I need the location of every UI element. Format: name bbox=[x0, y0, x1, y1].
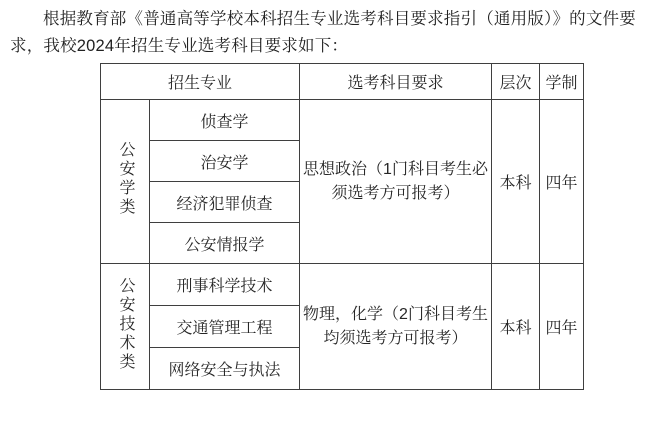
requirement-cell: 思想政治（1门科目考生必须选考方可报考） bbox=[300, 100, 492, 264]
header-duration: 学制 bbox=[540, 64, 584, 100]
table-header-row: 招生专业 选考科目要求 层次 学制 bbox=[101, 64, 584, 100]
category-cell: 公安技术类 bbox=[101, 264, 150, 390]
category-cell: 公安学类 bbox=[101, 100, 150, 264]
category-label: 公安技术类 bbox=[117, 277, 133, 372]
major-cell: 公安情报学 bbox=[150, 223, 300, 264]
document-page: 根据教育部《普通高等学校本科招生专业选考科目要求指引（通用版）》的文件要求，我校… bbox=[0, 0, 660, 429]
major-cell: 经济犯罪侦查 bbox=[150, 182, 300, 223]
header-major: 招生专业 bbox=[101, 64, 300, 100]
duration-cell: 四年 bbox=[540, 264, 584, 390]
table-row: 公安技术类 刑事科学技术 物理，化学（2门科目考生均须选考方可报考） 本科 四年 bbox=[101, 264, 584, 306]
category-label: 公安学类 bbox=[117, 141, 133, 217]
requirement-cell: 物理，化学（2门科目考生均须选考方可报考） bbox=[300, 264, 492, 390]
table-row: 公安学类 侦查学 思想政治（1门科目考生必须选考方可报考） 本科 四年 bbox=[101, 100, 584, 141]
level-cell: 本科 bbox=[492, 264, 540, 390]
intro-paragraph: 根据教育部《普通高等学校本科招生专业选考科目要求指引（通用版）》的文件要求，我校… bbox=[10, 6, 652, 60]
header-subjects: 选考科目要求 bbox=[300, 64, 492, 100]
major-cell: 侦查学 bbox=[150, 100, 300, 141]
major-cell: 治安学 bbox=[150, 141, 300, 182]
level-cell: 本科 bbox=[492, 100, 540, 264]
major-cell: 网络安全与执法 bbox=[150, 348, 300, 390]
major-cell: 刑事科学技术 bbox=[150, 264, 300, 306]
header-level: 层次 bbox=[492, 64, 540, 100]
duration-cell: 四年 bbox=[540, 100, 584, 264]
major-cell: 交通管理工程 bbox=[150, 306, 300, 348]
requirements-table: 招生专业 选考科目要求 层次 学制 公安学类 侦查学 思想政治（1门科目考生必须… bbox=[100, 63, 584, 390]
